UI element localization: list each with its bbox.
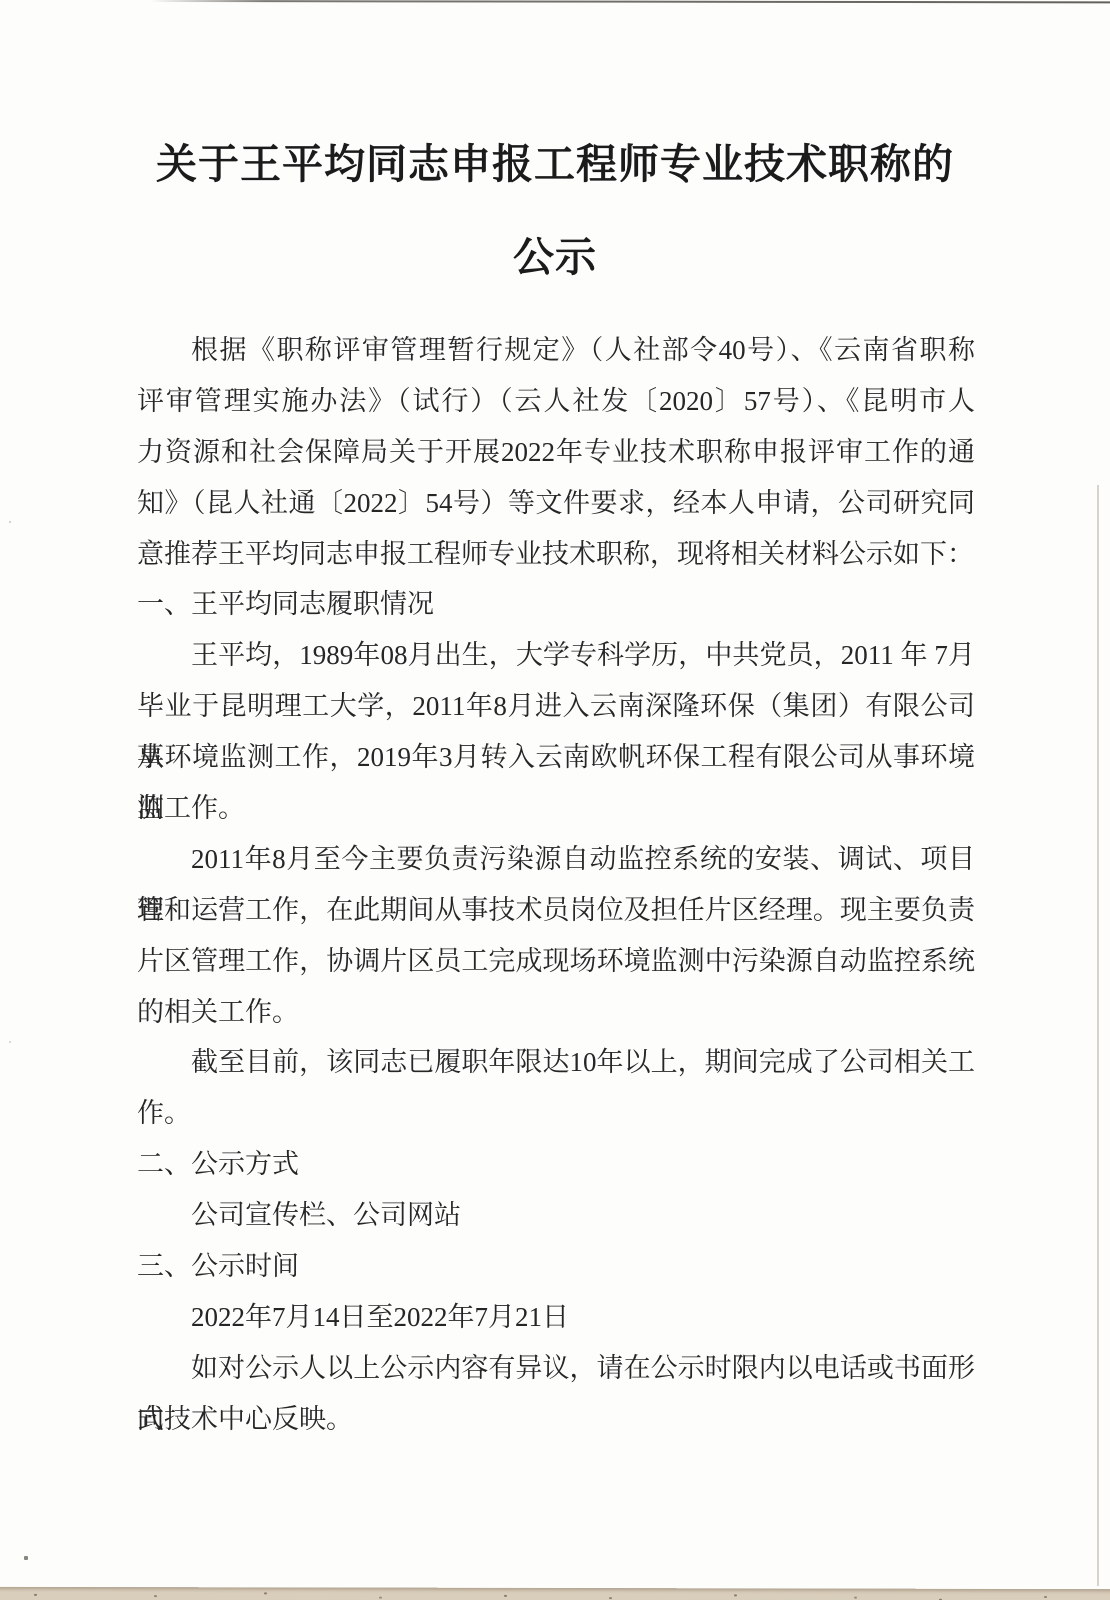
text-line: 理和运营工作，在此期间从事技术员岗位及担任片区经理。现主要负责 <box>137 885 975 936</box>
scan-speck <box>24 1556 28 1560</box>
text-line: 作。 <box>137 1088 975 1139</box>
document-title-line-2: 公示 <box>0 211 1110 304</box>
text-line: 毕业于昆明理工大学，2011年8月进入云南深隆环保（集团）有限公司从 <box>137 681 975 732</box>
text-line: 测工作。 <box>137 783 975 834</box>
text-line: 评审管理实施办法》（试行）（云人社发〔2020〕57号）、《昆明市人 <box>137 376 975 427</box>
text-line: 2022年7月14日至2022年7月21日 <box>137 1292 975 1343</box>
scanned-document-page: 关于王平均同志申报工程师专业技术职称的 公示 根据《职称评审管理暂行规定》（人社… <box>0 0 1110 1600</box>
text-line: 知》（昆人社通〔2022〕54号）等文件要求，经本人申请，公司研究同 <box>137 478 975 529</box>
text-line: 公司宣传栏、公司网站 <box>137 1190 975 1241</box>
section-heading: 二、公示方式 <box>137 1139 975 1190</box>
text-line: 的相关工作。 <box>137 987 975 1038</box>
scan-grain-dots <box>34 1594 37 1596</box>
text-line: 力资源和社会保障局关于开展2022年专业技术职称申报评审工作的通 <box>137 427 975 478</box>
text-line: 截至目前，该同志已履职年限达10年以上，期间完成了公司相关工 <box>137 1037 975 1088</box>
scan-right-edge-artifact <box>1097 485 1099 1586</box>
document-body: 根据《职称评审管理暂行规定》（人社部令40号）、《云南省职称评审管理实施办法》（… <box>137 325 975 1445</box>
scan-top-edge-artifact <box>150 0 1110 3</box>
scan-bottom-edge-artifact <box>0 1587 1110 1600</box>
document-title: 关于王平均同志申报工程师专业技术职称的 公示 <box>0 118 1110 304</box>
text-line: 王平均，1989年08月出生，大学专科学历，中共党员，2011 年 7月 <box>137 630 975 681</box>
text-line: 2011年8月至今主要负责污染源自动监控系统的安装、调试、项目管 <box>137 834 975 885</box>
document-title-line-1: 关于王平均同志申报工程师专业技术职称的 <box>0 118 1110 211</box>
text-line: 根据《职称评审管理暂行规定》（人社部令40号）、《云南省职称 <box>137 325 975 376</box>
text-line: 意推荐王平均同志申报工程师专业技术职称，现将相关材料公示如下： <box>137 529 975 580</box>
text-line: 如对公示人以上公示内容有异议，请在公示时限内以电话或书面形式 <box>137 1343 975 1394</box>
text-line: 向技术中心反映。 <box>137 1394 975 1445</box>
text-line: 片区管理工作，协调片区员工完成现场环境监测中污染源自动监控系统 <box>137 936 975 987</box>
section-heading: 一、王平均同志履职情况 <box>137 579 975 630</box>
text-line: 事环境监测工作，2019年3月转入云南欧帆环保工程有限公司从事环境监 <box>137 732 975 783</box>
section-heading: 三、公示时间 <box>137 1241 975 1292</box>
